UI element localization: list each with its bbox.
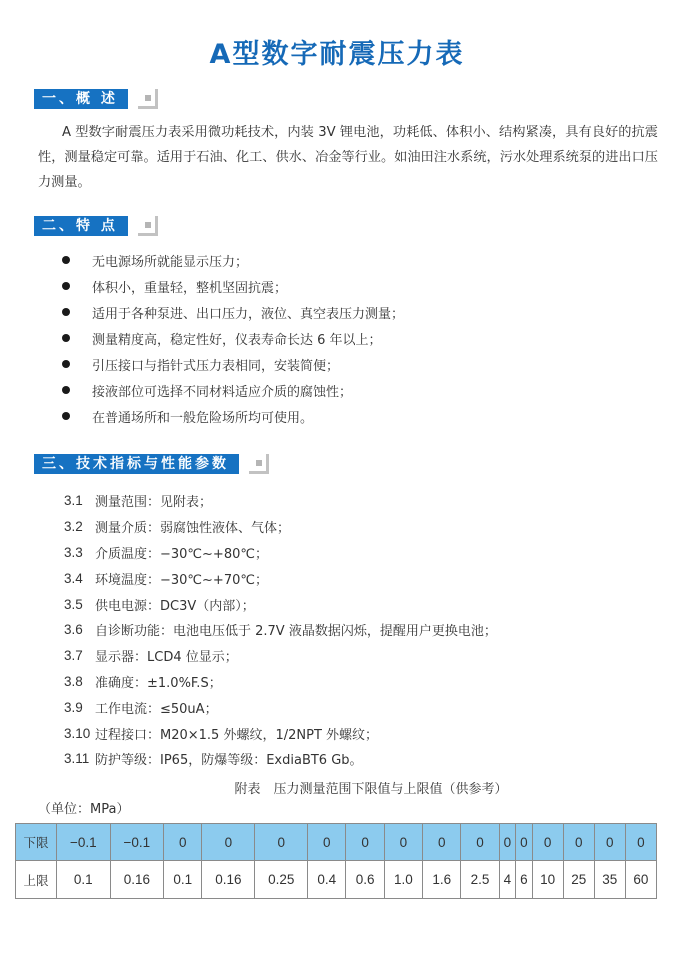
table-cell: 0.16 xyxy=(110,861,164,899)
table-cell: −0.1 xyxy=(110,824,164,861)
table-row-upper-limit: 上限 0.1 0.16 0.1 0.16 0.25 0.4 0.6 1.0 1.… xyxy=(16,861,657,899)
spec-item: 3.11防护等级：IP65，防爆等级：ExdiaBT6 Gb。 xyxy=(64,746,497,772)
table-cell: 60 xyxy=(625,861,656,899)
table-row-lower-limit: 下限 −0.1 −0.1 0 0 0 0 0 0 0 0 0 0 0 0 0 0 xyxy=(16,824,657,861)
bullet-icon xyxy=(62,308,70,316)
bullet-icon xyxy=(62,256,70,264)
table-cell: 0 xyxy=(625,824,656,861)
table-cell: 0.25 xyxy=(255,861,308,899)
table-caption: 附表 压力测量范围下限值与上限值（供参考） xyxy=(0,778,674,797)
feature-list: 无电源场所就能显示压力； 体积小，重量轻，整机坚固抗震； 适用于各种泵进、出口压… xyxy=(62,247,404,429)
pressure-range-table: 下限 −0.1 −0.1 0 0 0 0 0 0 0 0 0 0 0 0 0 0… xyxy=(15,823,657,899)
spec-item: 3.9工作电流：≤50uA； xyxy=(64,694,497,720)
table-cell: 0 xyxy=(384,824,422,861)
spec-item: 3.2测量介质：弱腐蚀性液体、气体； xyxy=(64,514,497,540)
spec-item: 3.8准确度：±1.0%F.S； xyxy=(64,669,497,695)
list-item: 体积小，重量轻，整机坚固抗震； xyxy=(62,273,404,299)
table-cell: 6 xyxy=(516,861,532,899)
row-label: 下限 xyxy=(16,824,57,861)
bullet-icon xyxy=(62,386,70,394)
table-cell: −0.1 xyxy=(57,824,111,861)
table-cell: 0 xyxy=(532,824,563,861)
bullet-icon xyxy=(62,282,70,290)
corner-decoration-icon xyxy=(138,216,158,236)
table-unit: （单位：MPa） xyxy=(38,798,129,817)
row-label: 上限 xyxy=(16,861,57,899)
table-cell: 0.16 xyxy=(202,861,255,899)
table-cell: 0 xyxy=(202,824,255,861)
table-cell: 0 xyxy=(164,824,202,861)
list-item: 无电源场所就能显示压力； xyxy=(62,247,404,273)
spec-item: 3.5供电电源：DC3V（内部）； xyxy=(64,591,497,617)
list-item: 接液部位可选择不同材料适应介质的腐蚀性； xyxy=(62,377,404,403)
table-cell: 0 xyxy=(516,824,532,861)
section-bar: 一、概 述 xyxy=(34,89,128,109)
table-cell: 0 xyxy=(255,824,308,861)
table-cell: 0 xyxy=(461,824,499,861)
table-cell: 0.1 xyxy=(164,861,202,899)
table-cell: 0 xyxy=(594,824,625,861)
section-heading-specs: 三、技术指标与性能参数 xyxy=(34,454,269,474)
table-cell: 0 xyxy=(308,824,346,861)
table-cell: 0 xyxy=(563,824,594,861)
table-cell: 0.1 xyxy=(57,861,111,899)
spec-item: 3.3介质温度：−30℃~+80℃； xyxy=(64,540,497,566)
bullet-icon xyxy=(62,334,70,342)
table-cell: 1.6 xyxy=(423,861,461,899)
table-cell: 2.5 xyxy=(461,861,499,899)
list-item: 引压接口与指针式压力表相同，安装简便； xyxy=(62,351,404,377)
overview-paragraph: A 型数字耐震压力表采用微功耗技术，内装 3V 锂电池，功耗低、体积小、结构紧凑… xyxy=(38,120,658,195)
corner-decoration-icon xyxy=(249,454,269,474)
table-cell: 0.6 xyxy=(346,861,384,899)
spec-item: 3.1测量范围：见附表； xyxy=(64,488,497,514)
table-cell: 0 xyxy=(423,824,461,861)
spec-item: 3.6自诊断功能：电池电压低于 2.7V 液晶数据闪烁，提醒用户更换电池； xyxy=(64,617,497,643)
list-item: 在普通场所和一般危险场所均可使用。 xyxy=(62,403,404,429)
bullet-icon xyxy=(62,412,70,420)
table-cell: 10 xyxy=(532,861,563,899)
spec-item: 3.7显示器：LCD4 位显示； xyxy=(64,643,497,669)
page-title: A型数字耐震压力表 xyxy=(0,32,674,71)
spec-list: 3.1测量范围：见附表； 3.2测量介质：弱腐蚀性液体、气体； 3.3介质温度：… xyxy=(64,488,497,772)
table-cell: 35 xyxy=(594,861,625,899)
section-bar: 二、特 点 xyxy=(34,216,128,236)
section-heading-overview: 一、概 述 xyxy=(34,89,158,109)
table-cell: 0 xyxy=(346,824,384,861)
corner-decoration-icon xyxy=(138,89,158,109)
table-cell: 1.0 xyxy=(384,861,422,899)
table-cell: 25 xyxy=(563,861,594,899)
list-item: 适用于各种泵进、出口压力，液位、真空表压力测量； xyxy=(62,299,404,325)
bullet-icon xyxy=(62,360,70,368)
list-item: 测量精度高，稳定性好，仪表寿命长达 6 年以上； xyxy=(62,325,404,351)
section-bar: 三、技术指标与性能参数 xyxy=(34,454,239,474)
table-cell: 0.4 xyxy=(308,861,346,899)
spec-item: 3.4环境温度：−30℃~+70℃； xyxy=(64,565,497,591)
section-heading-features: 二、特 点 xyxy=(34,216,158,236)
spec-item: 3.10过程接口：M20×1.5 外螺纹，1/2NPT 外螺纹； xyxy=(64,720,497,746)
table-cell: 0 xyxy=(499,824,515,861)
table-cell: 4 xyxy=(499,861,515,899)
